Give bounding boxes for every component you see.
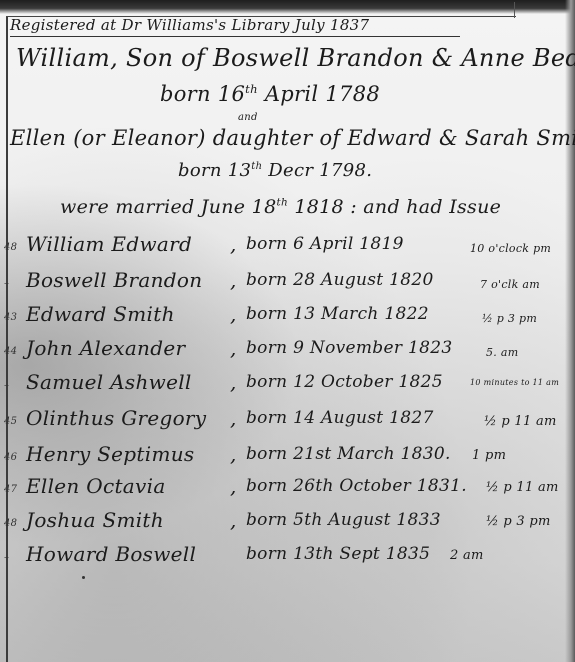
separator-comma: ,	[230, 474, 237, 498]
child-name: Ellen Octavia	[26, 474, 166, 498]
child-entry: – Samuel Ashwell , born 12 October 1825 …	[0, 370, 575, 400]
separator-comma: ,	[230, 370, 237, 394]
child-birth-time: 7 o'clk am	[480, 278, 540, 291]
child-birth-date: born 28 August 1820	[246, 270, 434, 290]
register-number: 48	[4, 518, 17, 529]
separator-comma: ,	[230, 508, 237, 532]
child-entry: – Howard Boswell born 13th Sept 1835 2 a…	[0, 542, 575, 572]
child-entry: – Boswell Brandon , born 28 August 1820 …	[0, 268, 575, 298]
separator-comma: ,	[230, 406, 237, 430]
register-number: –	[4, 278, 9, 289]
marriage-sup: th	[276, 197, 288, 209]
separator-comma: ,	[230, 442, 237, 466]
child-birth-time: ½ p 3 pm	[482, 312, 537, 325]
register-number: 46	[4, 452, 17, 463]
marriage-line: were married June 18th 1818 : and had Is…	[60, 196, 501, 218]
child-birth-date: born 12 October 1825	[246, 372, 443, 392]
register-number: –	[4, 380, 9, 391]
header-underline	[10, 36, 460, 37]
separator-comma: ,	[230, 302, 237, 326]
marriage-prefix: were married June 18	[60, 196, 276, 218]
register-number: –	[4, 552, 9, 563]
conjunction-and: and	[238, 112, 258, 123]
register-page: Registered at Dr Williams's Library July…	[0, 0, 575, 662]
page-top-tick	[514, 2, 515, 18]
child-birth-time: ½ p 11 am	[484, 414, 557, 429]
mother-birth-date: born 13th Decr 1798.	[178, 160, 372, 181]
child-birth-date: born 13 March 1822	[246, 304, 429, 324]
father-born-sup: th	[245, 82, 258, 96]
child-entry: 43 Edward Smith , born 13 March 1822 ½ p…	[0, 302, 575, 332]
child-birth-time: 10 o'clock pm	[470, 242, 551, 255]
child-name: Samuel Ashwell	[26, 370, 192, 394]
register-number: 45	[4, 416, 17, 427]
child-entry: 48 Joshua Smith , born 5th August 1833 ½…	[0, 508, 575, 538]
child-birth-time: ½ p 11 am	[486, 480, 559, 495]
child-entry: 46 Henry Septimus , born 21st March 1830…	[0, 442, 575, 472]
child-birth-date: born 21st March 1830.	[246, 444, 451, 464]
mother-born-sup: th	[251, 161, 262, 172]
father-birth-date: born 16th April 1788	[160, 82, 380, 106]
child-name: Edward Smith	[26, 302, 175, 326]
child-birth-date: born 9 November 1823	[246, 338, 452, 358]
father-line: William, Son of Boswell Brandon & Anne B…	[16, 44, 575, 72]
father-born-suffix: April 1788	[258, 82, 380, 106]
registration-header: Registered at Dr Williams's Library July…	[10, 16, 369, 34]
child-name: Howard Boswell	[26, 542, 196, 566]
register-number: 44	[4, 346, 17, 357]
child-entry: 47 Ellen Octavia , born 26th October 183…	[0, 474, 575, 504]
child-entry: 48 William Edward , born 6 April 1819 10…	[0, 232, 575, 262]
child-name: Henry Septimus	[26, 442, 194, 466]
father-born-prefix: born 16	[160, 82, 245, 106]
child-name: Olinthus Gregory	[26, 406, 206, 430]
mother-line: Ellen (or Eleanor) daughter of Edward & …	[10, 126, 575, 150]
child-birth-time: 5. am	[486, 346, 518, 359]
child-name: Joshua Smith	[26, 508, 164, 532]
child-entry: 45 Olinthus Gregory , born 14 August 182…	[0, 406, 575, 436]
child-birth-date: born 5th August 1833	[246, 510, 441, 530]
scan-top-shadow	[0, 0, 575, 14]
register-number: 43	[4, 312, 17, 323]
mother-born-prefix: born 13	[178, 160, 251, 181]
child-birth-date: born 6 April 1819	[246, 234, 404, 254]
marriage-suffix: 1818 : and had Issue	[288, 196, 501, 218]
child-birth-time: 1 pm	[472, 448, 506, 463]
child-name: William Edward	[26, 232, 192, 256]
child-birth-date: born 26th October 1831.	[246, 476, 467, 496]
child-birth-date: born 13th Sept 1835	[246, 544, 430, 564]
child-birth-date: born 14 August 1827	[246, 408, 434, 428]
separator-comma: ,	[230, 232, 237, 256]
child-name: Boswell Brandon	[26, 268, 202, 292]
ink-spot	[82, 576, 85, 579]
child-name: John Alexander	[26, 336, 185, 360]
separator-comma: ,	[230, 268, 237, 292]
separator-comma: ,	[230, 336, 237, 360]
register-number: 48	[4, 242, 17, 253]
child-birth-time: ½ p 3 pm	[486, 514, 551, 529]
child-birth-time: 2 am	[450, 548, 484, 563]
register-number: 47	[4, 484, 17, 495]
child-entry: 44 John Alexander , born 9 November 1823…	[0, 336, 575, 366]
child-birth-time: 10 minutes to 11 am	[470, 378, 559, 387]
mother-born-suffix: Decr 1798.	[262, 160, 372, 181]
